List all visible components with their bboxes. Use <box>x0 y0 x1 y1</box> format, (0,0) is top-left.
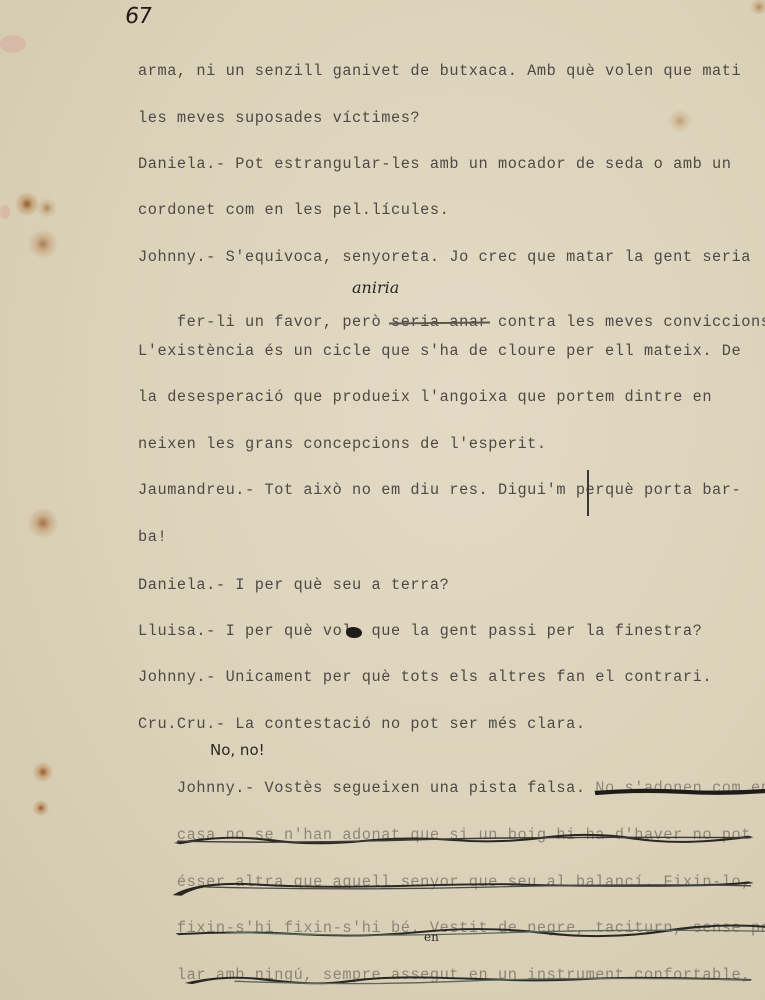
rust-stain <box>33 762 53 782</box>
pink-stain <box>0 205 10 219</box>
struck-line: lar amb ningú, sempre assegut en un inst… <box>138 948 751 1000</box>
rust-stain <box>33 800 49 816</box>
rust-stain <box>668 110 692 132</box>
text-line: les meves suposades víctimes? <box>138 109 420 127</box>
ink-blot <box>346 627 362 638</box>
struck-text: seria anar <box>391 313 488 331</box>
text-line: la desesperació que produeix l'angoixa q… <box>138 388 712 406</box>
scribbled-out-text: casa no se n'han adonat que si un boig h… <box>177 826 751 844</box>
rust-stain <box>28 230 58 258</box>
struck-line: casa no se n'han adonat que si un boig h… <box>138 808 751 862</box>
rust-stain <box>15 192 39 216</box>
text-line: Jaumandreu.- Tot això no em diu res. Dig… <box>138 481 741 499</box>
text-line: Daniela.- Pot estrangular-les amb un moc… <box>138 155 732 173</box>
manuscript-page: 67 arma, ni un senzill ganivet de butxac… <box>0 0 765 1000</box>
scribbled-out-text: lar amb ningú, sempre assegut en un inst… <box>177 966 751 984</box>
text-line: L'existència és un cicle que s'ha de clo… <box>138 342 741 360</box>
handwritten-vertical-mark <box>587 470 589 516</box>
text-line-with-strikeout: Johnny.- Vostès segueixen una pista fals… <box>138 761 765 815</box>
text-line: neixen les grans concepcions de l'esperi… <box>138 435 547 453</box>
page-number: 67 <box>123 4 153 29</box>
handwritten-insertion: No, no! <box>210 741 265 759</box>
text-line: Lluisa.- I per què vol que la gent passi… <box>138 622 702 640</box>
text-line: cordonet com en les pel.lícules. <box>138 201 449 219</box>
text-line: Johnny.- Unicament per què tots els altr… <box>138 668 712 686</box>
scribbled-out-text: ésser altra que aquell senyor que seu al… <box>177 873 751 891</box>
text-segment: Johnny.- Vostès segueixen una pista fals… <box>177 779 595 797</box>
scribbled-out-text: fixin-s'hi fixin-s'hi bé. Vestit de negr… <box>177 919 765 937</box>
scribbled-out-text: No s'adonen com en <box>595 779 765 797</box>
struck-line: fixin-s'hi fixin-s'hi bé. Vestit de negr… <box>138 901 765 955</box>
text-line: Johnny.- S'equivoca, senyoreta. Jo crec … <box>138 248 751 266</box>
text-line-with-correction: fer-li un favor, però seria anar contra … <box>138 295 765 349</box>
rust-stain <box>748 0 765 14</box>
rust-stain <box>36 199 58 217</box>
text-line: Daniela.- I per què seu a terra? <box>138 576 449 594</box>
handwritten-insertion: en <box>424 930 439 944</box>
text-segment: contra les meves conviccions. <box>488 313 765 331</box>
pink-stain <box>0 35 26 53</box>
text-line: arma, ni un senzill ganivet de butxaca. … <box>138 62 741 80</box>
rust-stain <box>28 508 58 538</box>
text-line: Cru.Cru.- La contestació no pot ser més … <box>138 715 586 733</box>
handwritten-insertion: aniria <box>352 278 399 297</box>
text-segment: fer-li un favor, però <box>177 313 391 331</box>
text-line: ba! <box>138 528 167 546</box>
